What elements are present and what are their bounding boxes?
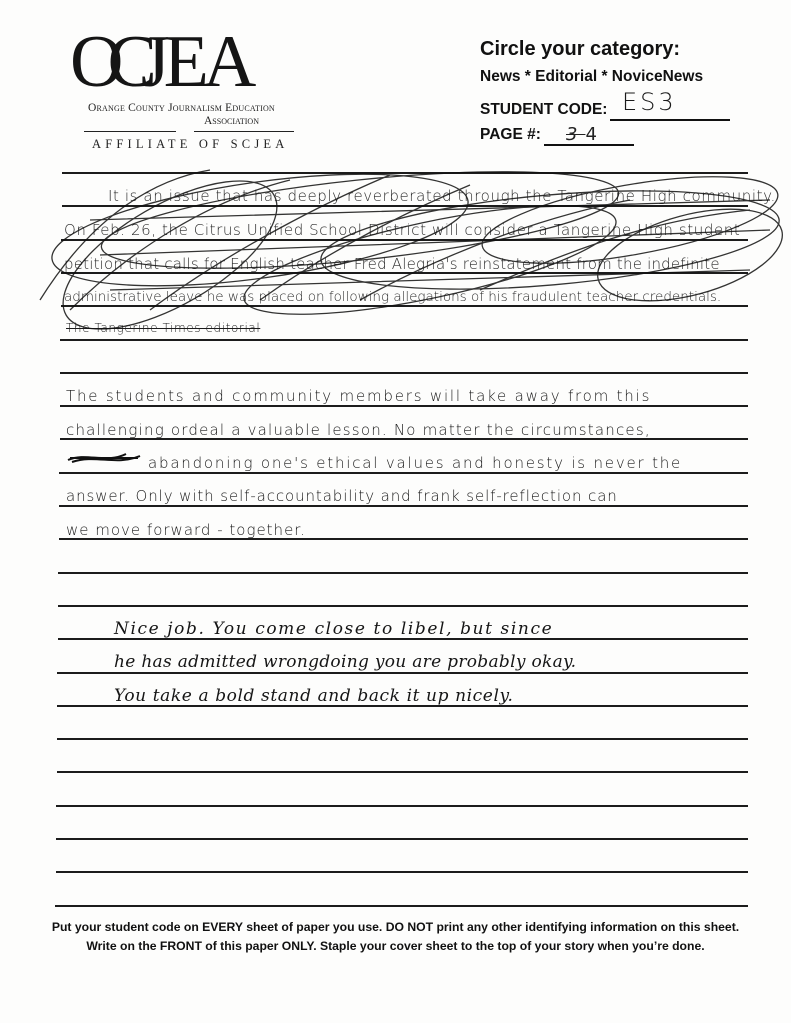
logo-org-line2: Association: [204, 115, 259, 127]
scribble-mark: [66, 448, 146, 468]
ruled-line: [61, 305, 748, 307]
ruled-line: [58, 572, 748, 574]
teacher-comment-line: You take a bold stand and back it up nic…: [114, 686, 513, 706]
ruled-line: [57, 771, 748, 773]
crossed-line: On Feb. 26, the Citrus Unified School Di…: [64, 221, 740, 239]
footer-instructions: Write on the FRONT of this paper ONLY. S…: [0, 939, 791, 953]
ruled-line: [56, 871, 748, 873]
student-code-label: STUDENT CODE:: [480, 101, 607, 119]
crossed-line: It is an issue that has deeply reverbera…: [108, 187, 776, 205]
ruled-line: [55, 905, 748, 907]
ruled-line: [60, 405, 748, 407]
page-number-current: 4: [585, 124, 604, 145]
body-line: answer. Only with self-accountability an…: [66, 487, 618, 505]
teacher-comment-line: he has admitted wrongdoing you are proba…: [114, 652, 576, 672]
ruled-line: [56, 805, 748, 807]
ocjea-logo: OCJEA Orange County Journalism Education…: [64, 22, 304, 152]
ruled-line: [57, 672, 748, 674]
ruled-line: [62, 172, 748, 174]
page-number-struck: 3: [566, 124, 585, 145]
footer-instructions: Put your student code on EVERY sheet of …: [0, 920, 791, 934]
logo-divider: [194, 131, 294, 132]
teacher-comment-line: Nice job. You come close to libel, but s…: [114, 619, 553, 639]
ruled-line: [59, 505, 748, 507]
logo-org-line1: Orange County Journalism Education: [88, 102, 275, 114]
page-number-label: PAGE #:: [480, 126, 541, 144]
crossed-line: administrative leave he was placed on fo…: [64, 289, 721, 305]
body-line: challenging ordeal a valuable lesson. No…: [66, 421, 651, 439]
crossed-line: petition that calls for English teacher …: [64, 255, 720, 273]
logo-initials: OCJEA: [70, 22, 250, 102]
logo-affiliate: AFFILIATE OF SCJEA: [92, 137, 288, 152]
ruled-line: [59, 472, 748, 474]
logo-divider: [84, 131, 176, 132]
ruled-line: [56, 838, 748, 840]
category-options: News * Editorial * NoviceNews: [480, 68, 703, 86]
page-number-value: 34: [566, 124, 605, 145]
category-prompt: Circle your category:: [480, 38, 680, 61]
ruled-line: [61, 239, 748, 241]
student-code-value: ES3: [622, 88, 677, 116]
body-line: abandoning one's ethical values and hone…: [148, 454, 682, 472]
ruled-line: [58, 605, 748, 607]
ruled-line: [57, 738, 748, 740]
student-code-field[interactable]: [610, 119, 730, 121]
body-line: The students and community members will …: [66, 387, 651, 405]
ruled-line: [60, 339, 748, 341]
body-line: we move forward - together.: [66, 521, 306, 539]
crossed-line: The Tangerine Times editorial: [66, 321, 260, 335]
ruled-line: [62, 205, 748, 207]
ruled-line: [60, 372, 748, 374]
